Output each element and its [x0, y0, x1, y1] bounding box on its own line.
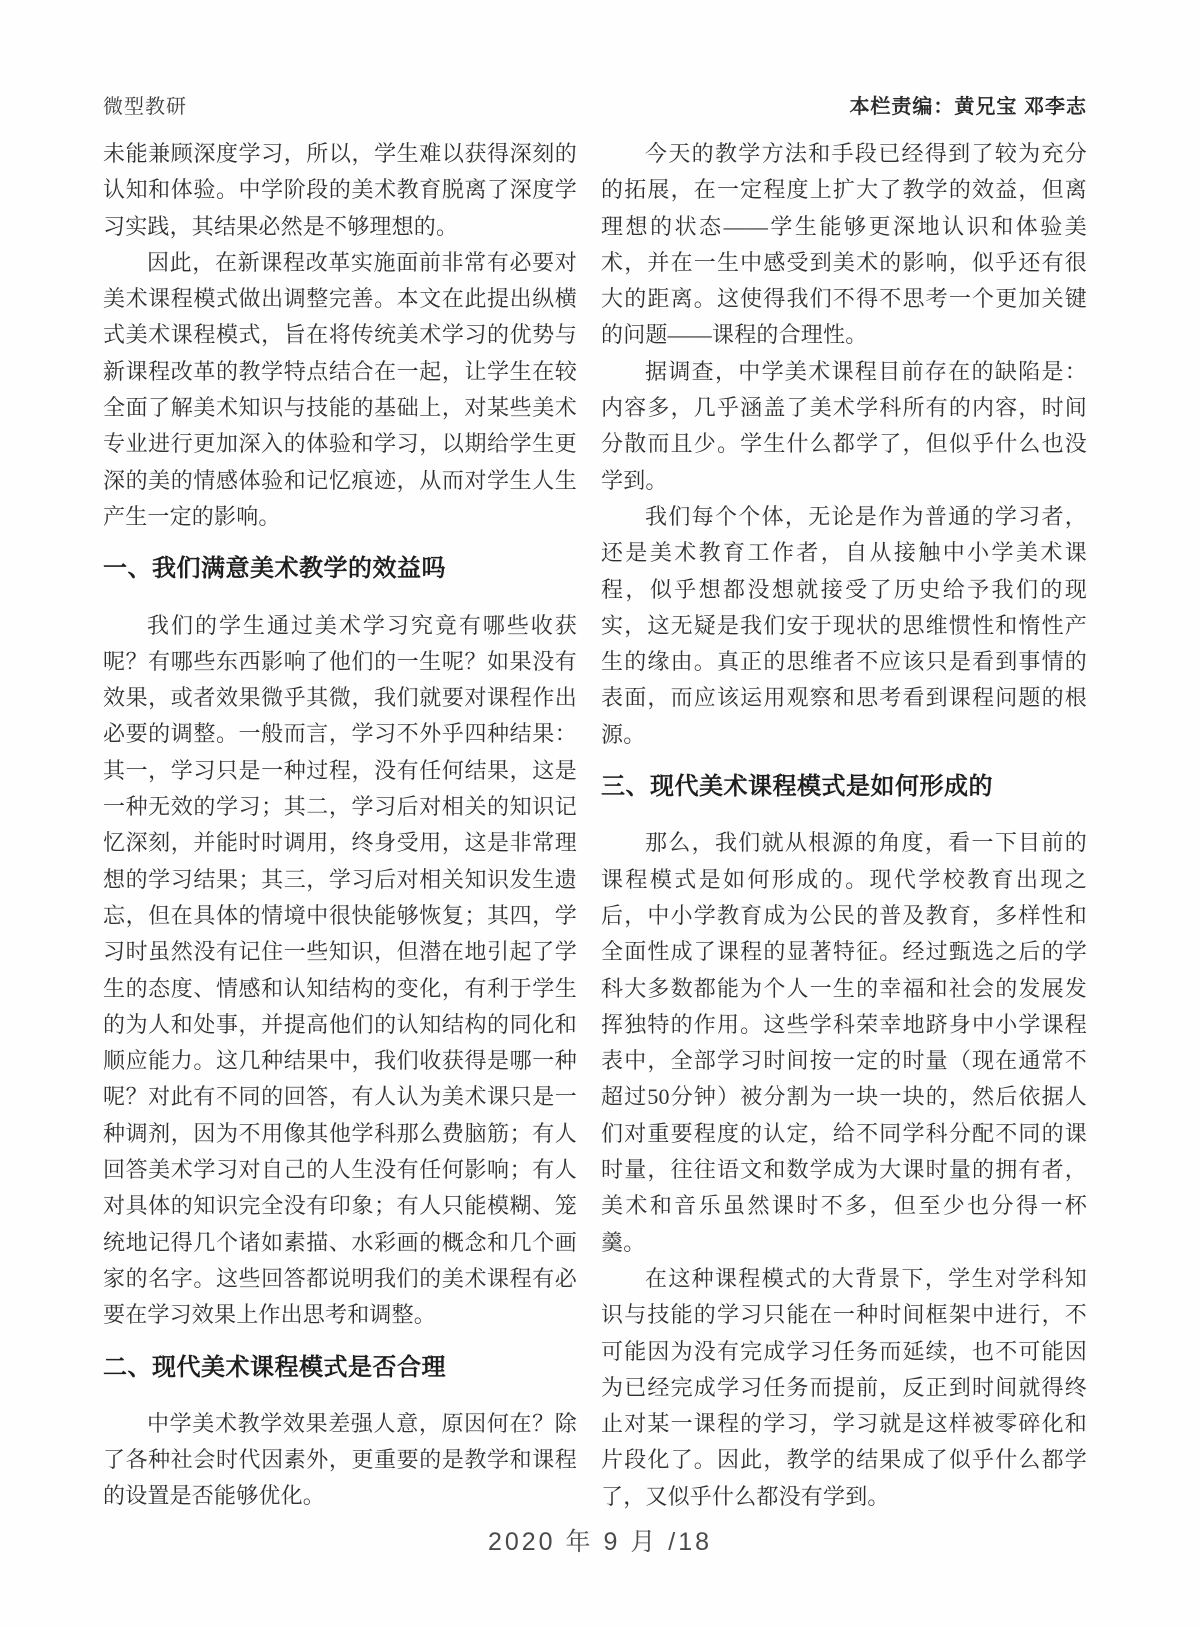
paragraph: 中学美术教学效果差强人意，原因何在？除了各种社会时代因素外，更重要的是教学和课程… — [103, 1406, 577, 1515]
left-column: 未能兼顾深度学习，所以，学生难以获得深刻的认知和体验。中学阶段的美术教育脱离了深… — [103, 136, 577, 1515]
paragraph: 那么，我们就从根源的角度，看一下目前的课程模式是如何形成的。现代学校教育出现之后… — [601, 825, 1087, 1261]
page-header: 微型教研 本栏责编：黄兄宝 邓李志 — [103, 90, 1087, 119]
paragraph: 在这种课程模式的大背景下，学生对学科知识与技能的学习只能在一种时间框架中进行，不… — [601, 1261, 1087, 1515]
paragraph: 因此，在新课程改革实施面前非常有必要对美术课程模式做出调整完善。本文在此提出纵横… — [103, 245, 577, 535]
page-number: 2020 年 9 月 /18 — [0, 1522, 1200, 1558]
section-heading-1: 一、我们满意美术教学的效益吗 — [103, 551, 577, 587]
paragraph: 我们每个个体，无论是作为普通的学习者，还是美术教育工作者，自从接触中小学美术课程… — [601, 499, 1087, 753]
paragraph: 今天的教学方法和手段已经得到了较为充分的拓展，在一定程度上扩大了教学的效益，但离… — [601, 136, 1087, 354]
paragraph: 据调查，中学美术课程目前存在的缺陷是：内容多，几乎涵盖了美术学科所有的内容，时间… — [601, 354, 1087, 499]
section-heading-2: 二、现代美术课程模式是否合理 — [103, 1350, 577, 1386]
journal-section-label: 微型教研 — [103, 90, 187, 119]
section-heading-3: 三、现代美术课程模式是如何形成的 — [601, 769, 1087, 805]
scanned-article-page: 微型教研 本栏责编：黄兄宝 邓李志 未能兼顾深度学习，所以，学生难以获得深刻的认… — [0, 0, 1200, 1628]
right-column: 今天的教学方法和手段已经得到了较为充分的拓展，在一定程度上扩大了教学的效益，但离… — [601, 136, 1087, 1515]
paragraph-continued: 未能兼顾深度学习，所以，学生难以获得深刻的认知和体验。中学阶段的美术教育脱离了深… — [103, 136, 577, 245]
column-editors-label: 本栏责编：黄兄宝 邓李志 — [849, 90, 1087, 119]
article-content: 未能兼顾深度学习，所以，学生难以获得深刻的认知和体验。中学阶段的美术教育脱离了深… — [103, 136, 1087, 1515]
paragraph: 我们的学生通过美术学习究竟有哪些收获呢？有哪些东西影响了他们的一生呢？如果没有效… — [103, 608, 577, 1334]
